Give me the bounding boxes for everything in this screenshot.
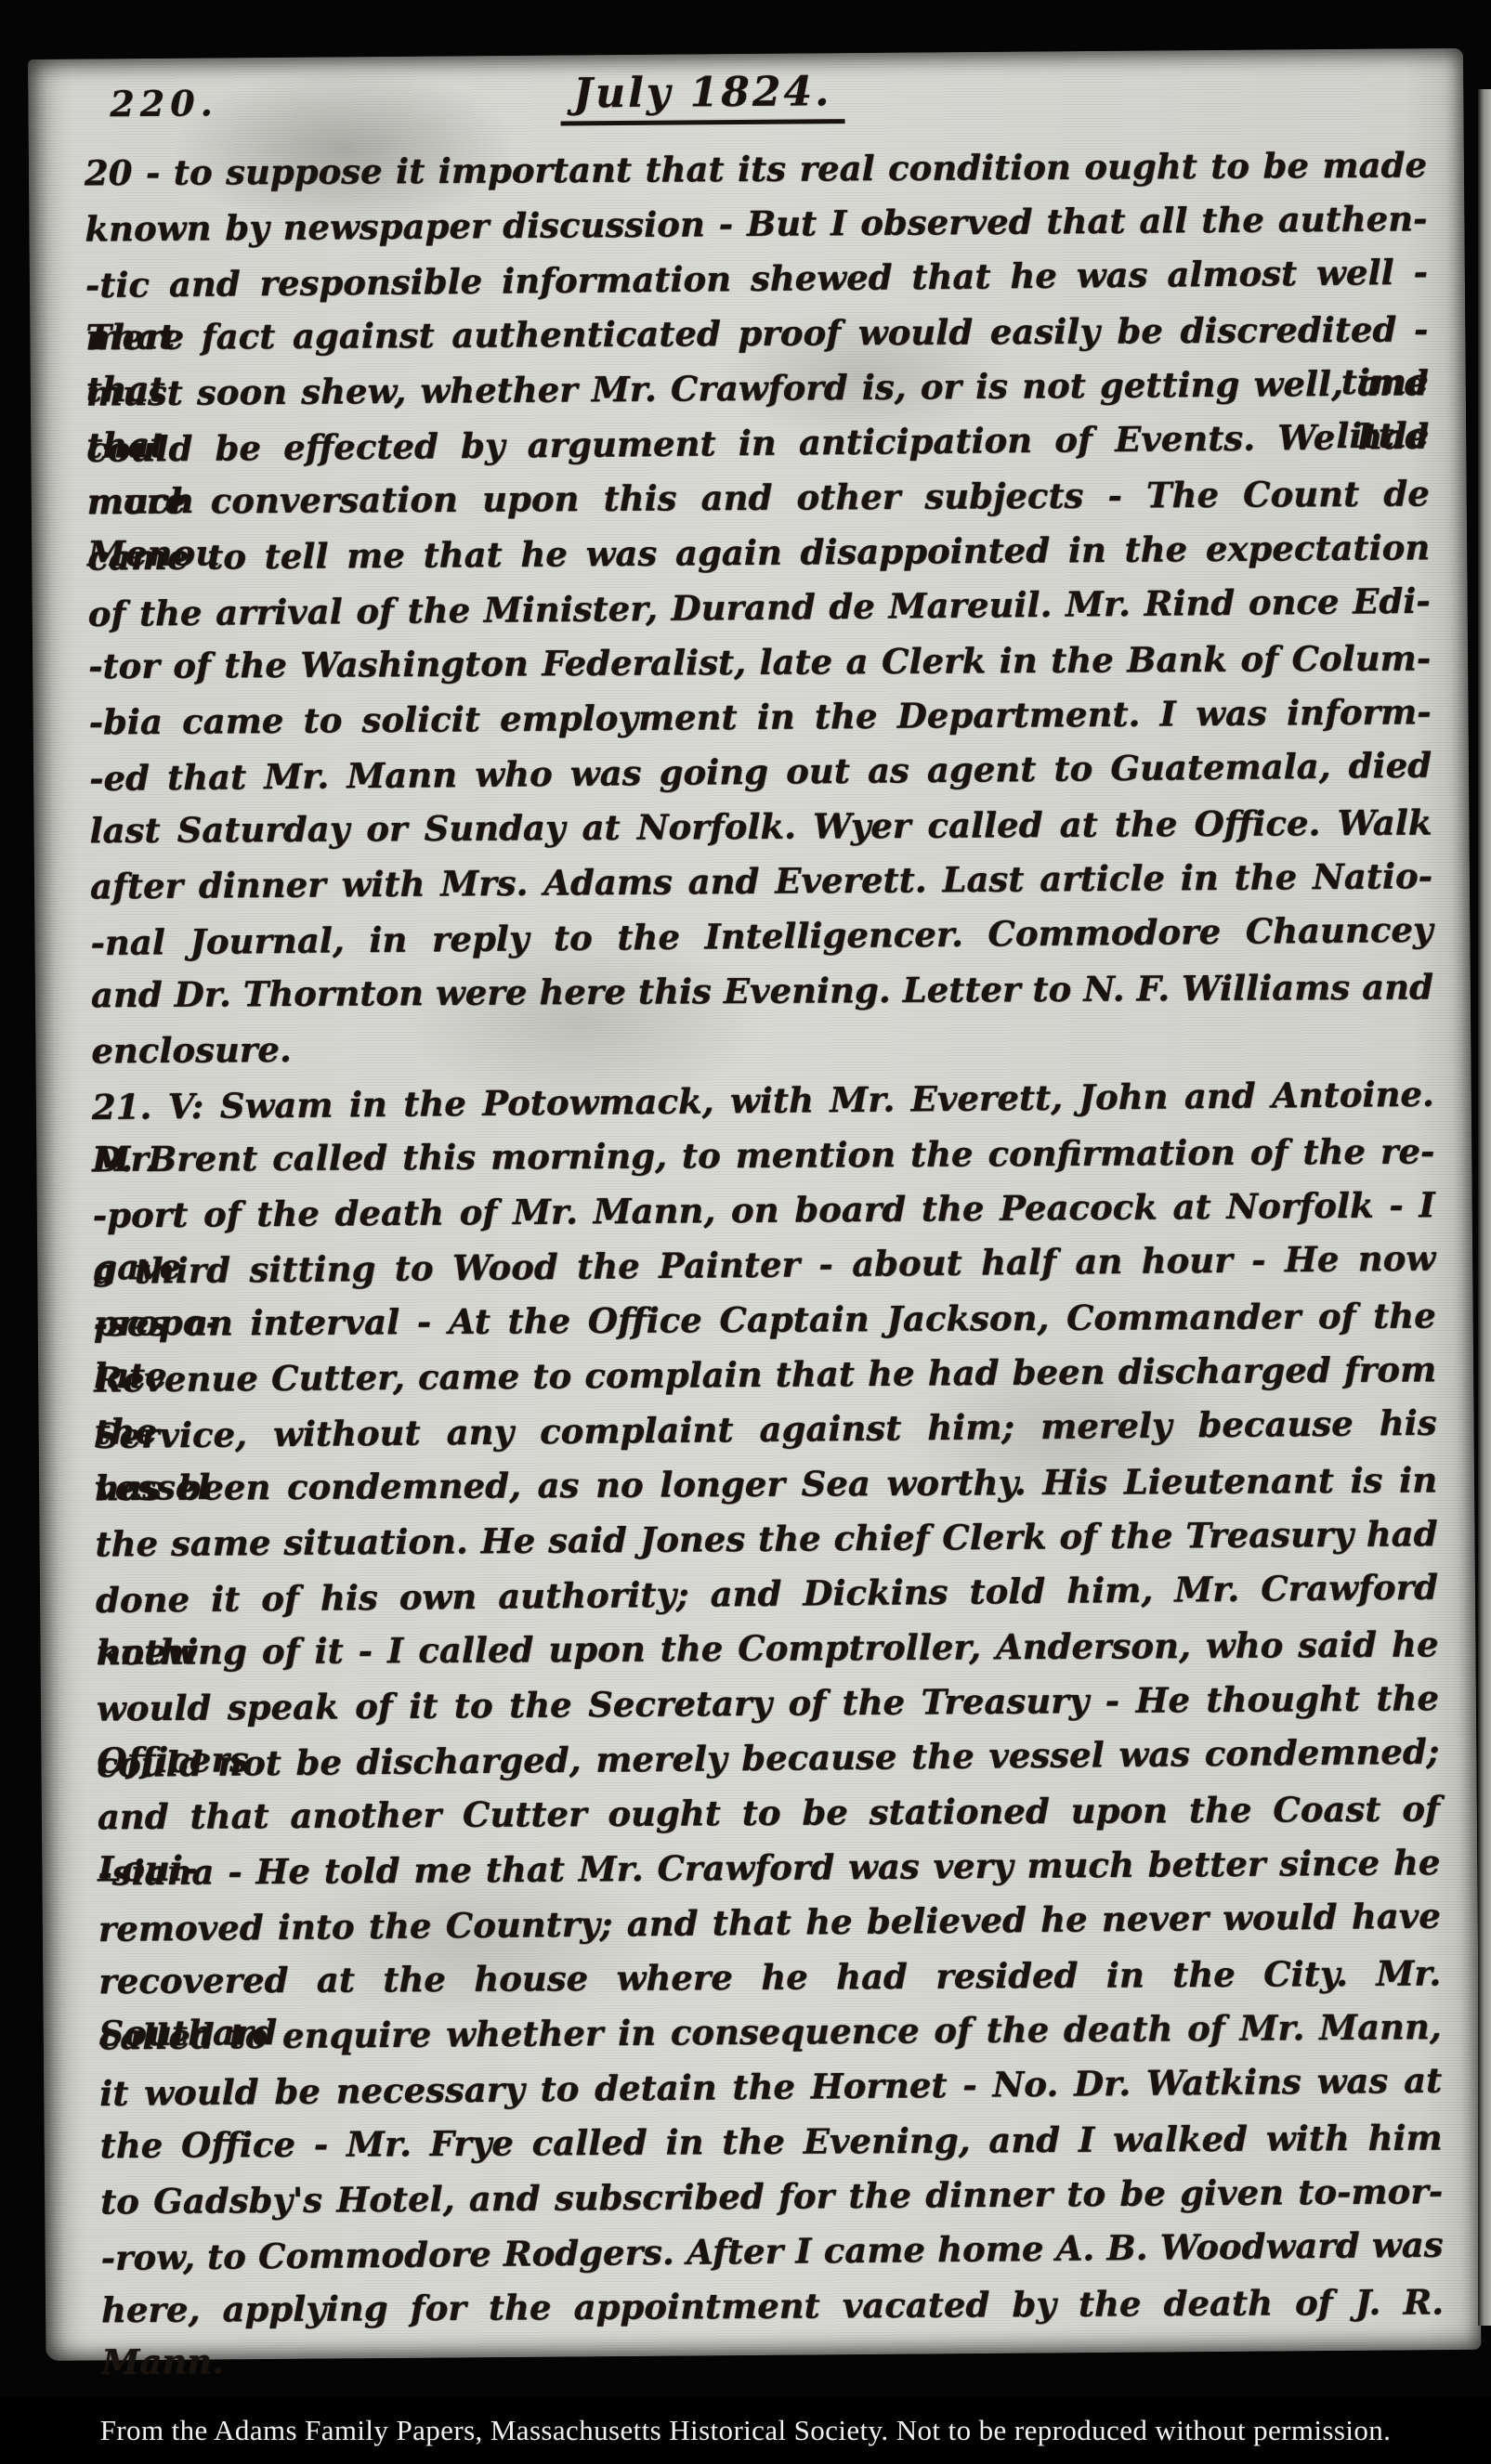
scanned-manuscript-page: 220. July 1824. 20 - to suppose it impor… (0, 0, 1491, 2464)
manuscript-line: and that another Cutter ought to be stat… (98, 1782, 1440, 1845)
manuscript-paper: 220. July 1824. 20 - to suppose it impor… (28, 48, 1481, 2361)
manuscript-line: recovered at the house where he had resi… (98, 1947, 1441, 2010)
manuscript-line: here, applying for the appointment vacat… (101, 2275, 1444, 2339)
caption-text: From the Adams Family Papers, Massachuse… (100, 2414, 1392, 2447)
manuscript-line: last Saturday or Sunday at Norfolk. Wyer… (89, 796, 1432, 859)
manuscript-line: the Office - Mr. Frye called in the Even… (99, 2111, 1442, 2174)
manuscript-text: 20 - to suppose it important that its re… (85, 137, 1444, 2340)
manuscript-line: 20 - to suppose it important that its re… (85, 138, 1427, 202)
manuscript-line: nothing of it - I called upon the Comptr… (96, 1618, 1438, 1681)
page-number: 220. (110, 82, 218, 124)
page-heading: July 1824. (560, 68, 845, 125)
manuscript-line: D. Brent called this morning, to mention… (92, 1125, 1434, 1188)
caption-bar: From the Adams Family Papers, Massachuse… (0, 2397, 1491, 2464)
manuscript-line: and Dr. Thornton were here this Evening.… (91, 960, 1433, 1023)
page-header: 220. July 1824. (84, 61, 1427, 144)
manuscript-line: has been condemned, as no longer Sea wor… (95, 1454, 1437, 1517)
manuscript-line: -ses an interval - At the Office Captain… (94, 1289, 1436, 1352)
manuscript-line: -tor of the Washington Federalist, late … (88, 632, 1431, 695)
manuscript-line: mere fact against authenticated proof wo… (85, 303, 1428, 366)
manuscript-line: more conversation upon this and other su… (87, 467, 1430, 530)
adjacent-page-edge (1478, 89, 1491, 2326)
